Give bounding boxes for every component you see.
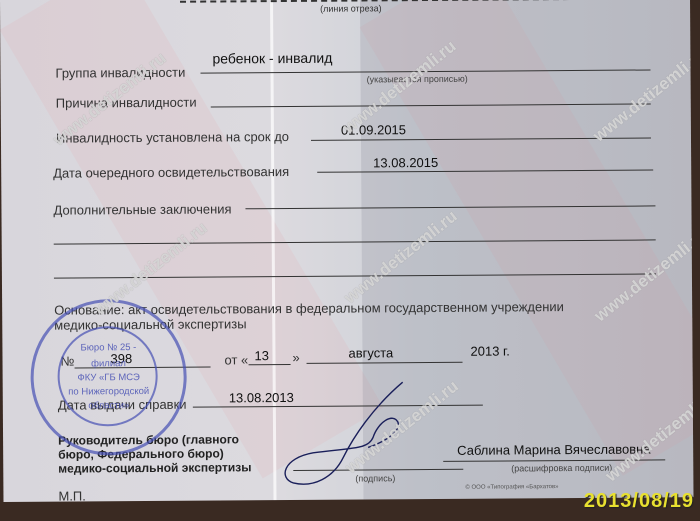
printer-credit: © ООО «Типография «Бархатов»	[465, 484, 558, 491]
seal-label: М.П.	[58, 488, 86, 502]
from-label: от «	[224, 352, 248, 367]
year-suffix: 13	[485, 344, 500, 359]
act-day: 13	[254, 348, 269, 363]
cut-line-label: (линия отреза)	[320, 3, 382, 13]
stamp-line-4: по Нижегородской	[34, 386, 184, 398]
additional-label: Дополнительные заключения	[53, 201, 231, 217]
next-exam-value: 13.08.2015	[373, 155, 438, 170]
day-close: »	[292, 350, 299, 365]
stamp-line-1: Бюро № 25 -	[33, 342, 183, 354]
stamp-line-2: филиал	[34, 358, 184, 370]
stamp-line-3: ФКУ «ГБ МСЭ	[34, 372, 184, 384]
official-stamp: Бюро № 25 - филиал ФКУ «ГБ МСЭ по Нижего…	[30, 299, 187, 456]
certificate-sheet: (линия отреза) Группа инвалидности ребен…	[0, 0, 693, 502]
stamp-line-5: области»	[34, 400, 184, 412]
act-month: августа	[348, 345, 393, 360]
group-value: ребенок - инвалид	[212, 50, 332, 67]
act-year: 2013 г.	[470, 343, 509, 358]
signer-name-hint: (расшифровка подписи)	[511, 463, 612, 474]
head-title-3: медико-социальной экспертизы	[58, 460, 251, 475]
next-exam-label: Дата очередного освидетельствования	[53, 164, 289, 181]
term-label: Инвалидность установлена на срок до	[56, 129, 289, 146]
year-unit: г.	[503, 343, 510, 358]
year-prefix: 20	[470, 344, 485, 359]
photo-date-stamp: 2013/08/19	[584, 490, 694, 513]
